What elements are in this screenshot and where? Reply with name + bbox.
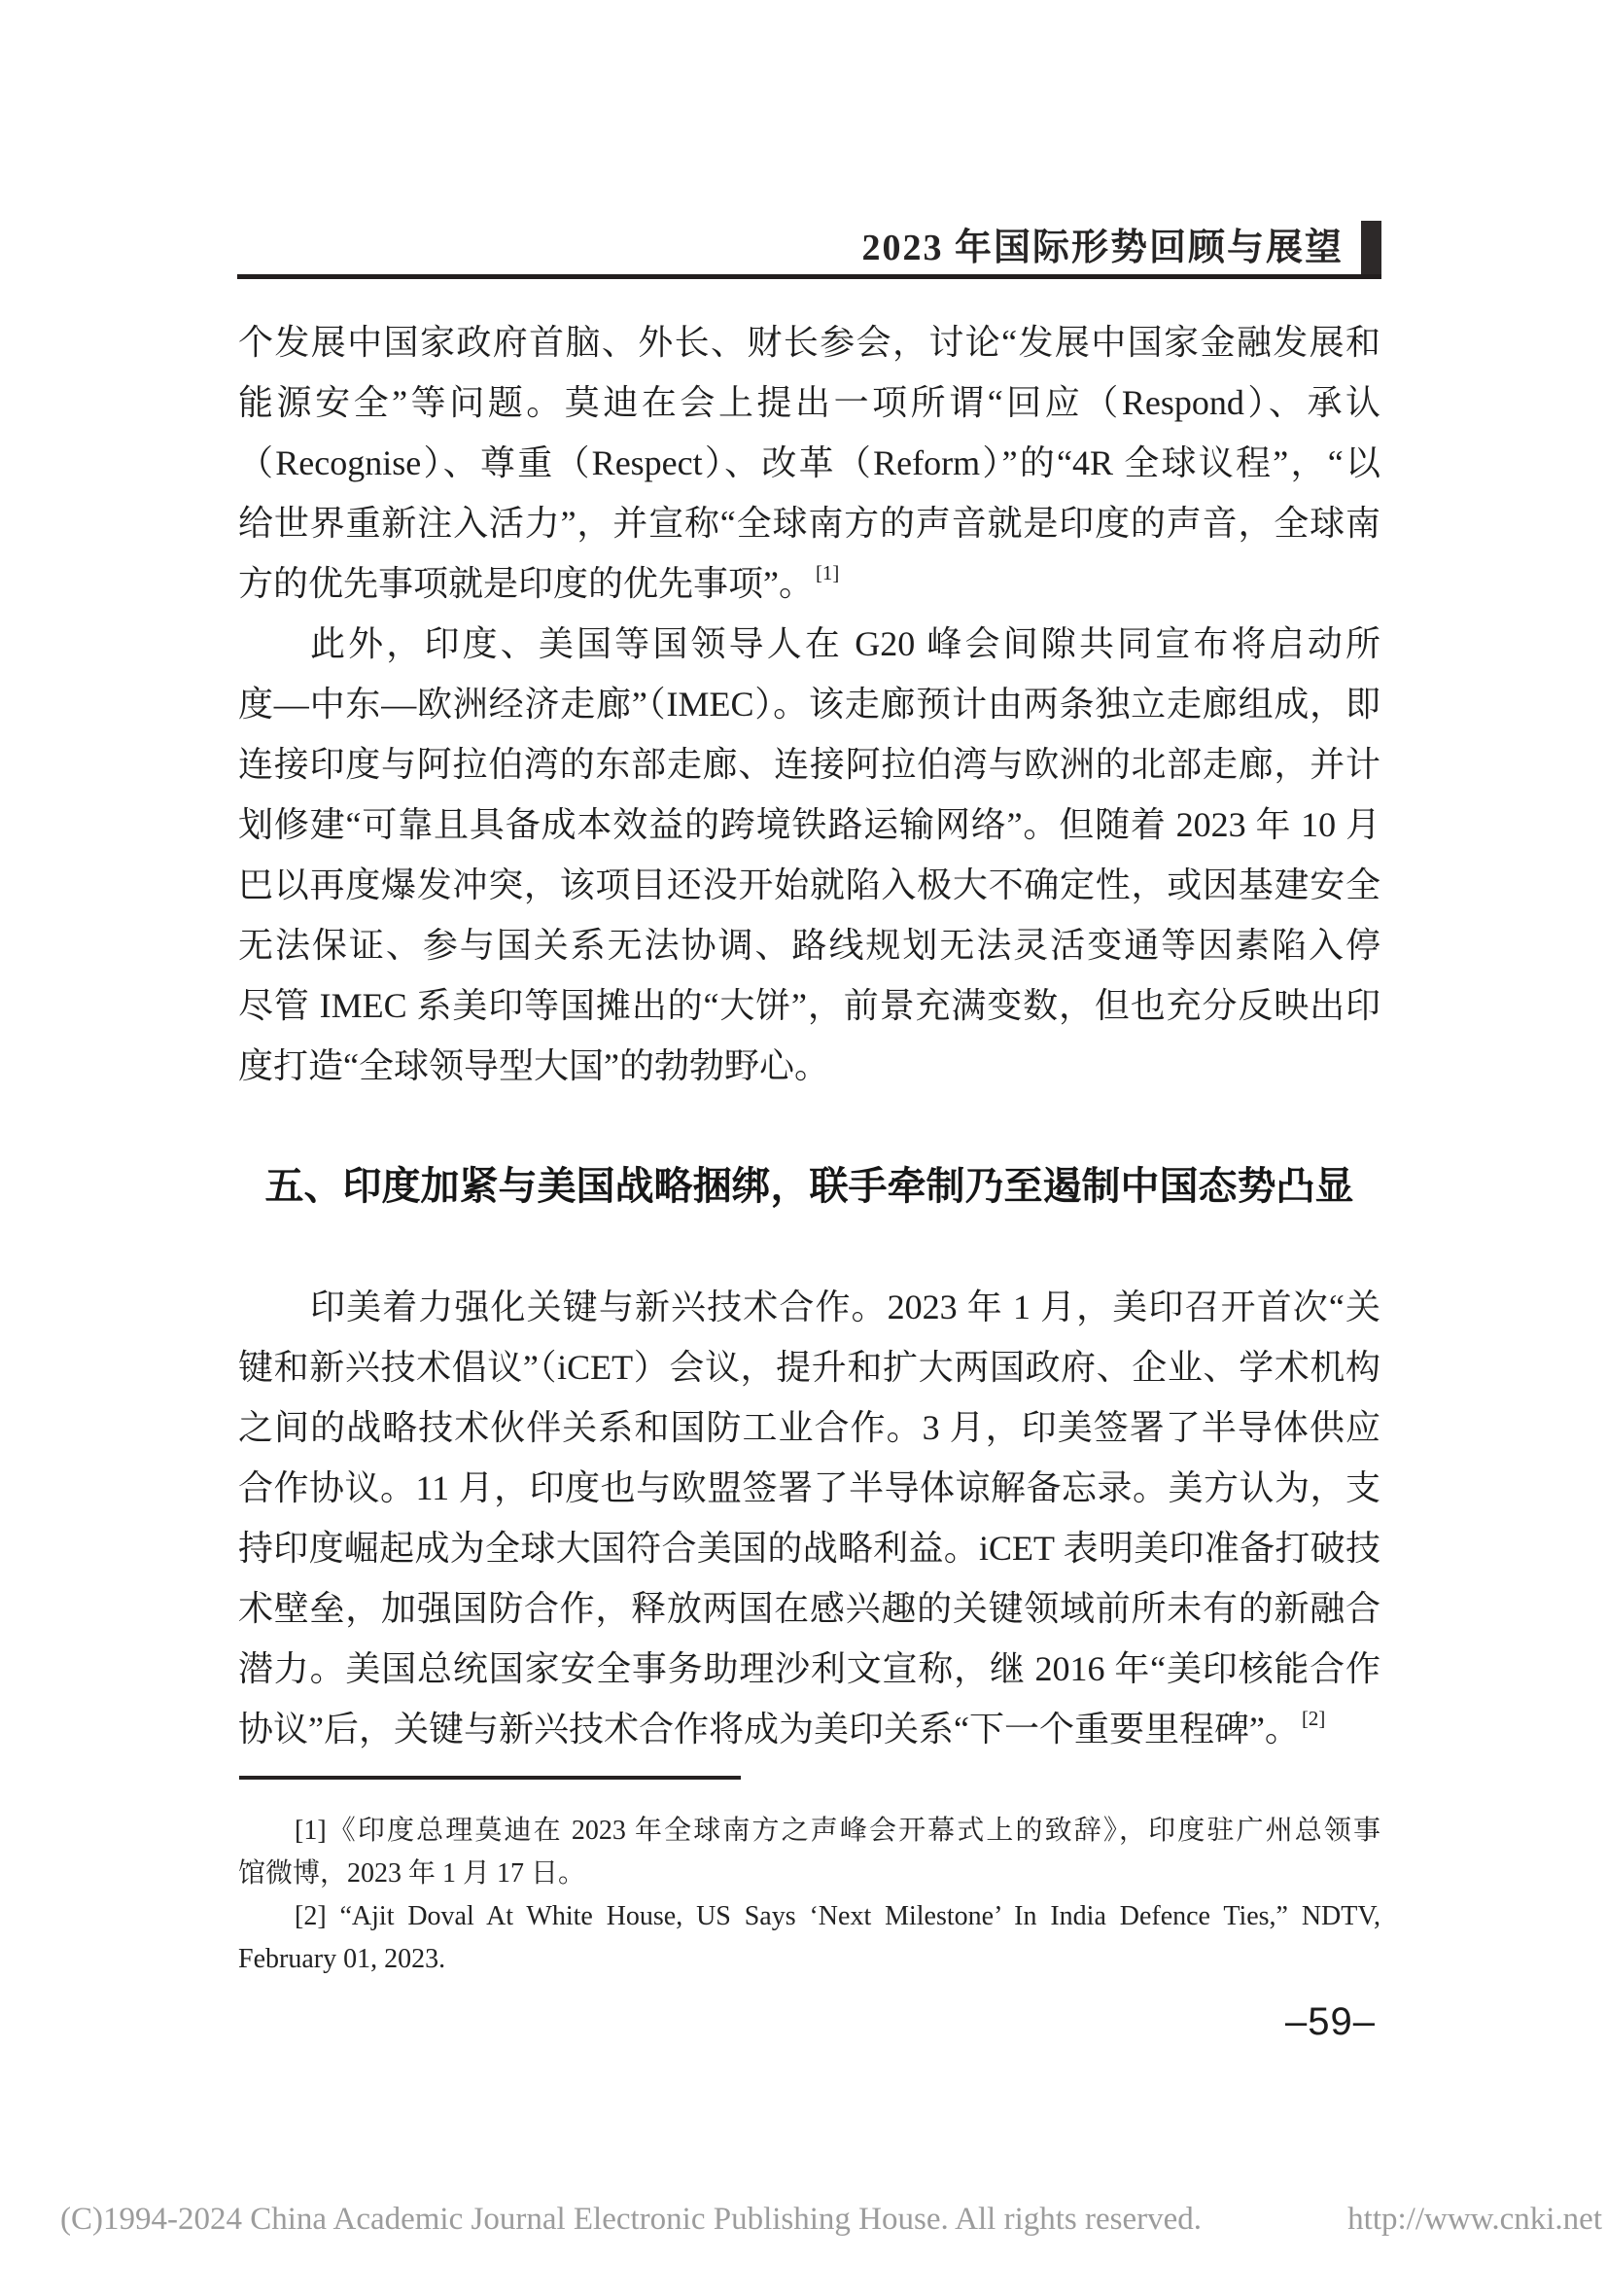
text-line: 连接印度与阿拉伯湾的东部走廊、连接阿拉伯湾与欧洲的北部走廊，并计 <box>238 734 1380 795</box>
footnote-ref: [2] <box>1300 1707 1325 1730</box>
cnki-url: http://www.cnki.net <box>1347 2202 1602 2238</box>
footnote: [2] “Ajit Doval At White House, US Says … <box>238 1895 1380 1981</box>
article-body: 个发展中国家政府首脑、外长、财长参会，讨论“发展中国家金融发展和能源安全”等问题… <box>238 312 1380 1759</box>
text-line: 度—中东—欧洲经济走廊”（IMEC）。该走廊预计由两条独立走廊组成，即 <box>238 674 1380 734</box>
copyright-text: (C)1994-2024 China Academic Journal Elec… <box>60 2202 1202 2238</box>
text-line: 潜力。美国总统国家安全事务助理沙利文宣称，继 2016 年“美印核能合作 <box>238 1639 1380 1699</box>
text-line: 馆微博，2023 年 1 月 17 日。 <box>238 1853 1380 1895</box>
text-line: 此外，印度、美国等国领导人在 G20 峰会间隙共同宣布将启动所谓“印 <box>238 614 1380 674</box>
journal-page: 2023 年国际形势回顾与展望 个发展中国家政府首脑、外长、财长参会，讨论“发展… <box>0 0 1607 2296</box>
page-number: –59– <box>1285 2000 1376 2043</box>
text-line: February 01, 2023. <box>238 1938 1380 1981</box>
text-line: 无法保证、参与国关系无法协调、路线规划无法灵活变通等因素陷入停滞。 <box>238 915 1380 975</box>
text-line: 能源安全”等问题。莫迪在会上提出一项所谓“回应（Respond）、承认 <box>238 372 1380 433</box>
text-line: （Recognise）、尊重（Respect）、改革（Reform）”的“4R … <box>238 433 1380 493</box>
text-line: 个发展中国家政府首脑、外长、财长参会，讨论“发展中国家金融发展和 <box>238 312 1380 372</box>
running-header-title: 2023 年国际形势回顾与展望 <box>861 223 1344 273</box>
text-line: [1]《印度总理莫迪在 2023 年全球南方之声峰会开幕式上的致辞》，印度驻广州… <box>238 1810 1380 1853</box>
footnote: [1]《印度总理莫迪在 2023 年全球南方之声峰会开幕式上的致辞》，印度驻广州… <box>238 1810 1380 1895</box>
footnotes: [1]《印度总理莫迪在 2023 年全球南方之声峰会开幕式上的致辞》，印度驻广州… <box>238 1810 1380 1981</box>
text-line: 尽管 IMEC 系美印等国摊出的“大饼”，前景充满变数，但也充分反映出印 <box>238 975 1380 1036</box>
text-line: 术壁垒，加强国防合作，释放两国在感兴趣的关键领域前所未有的新融合 <box>238 1578 1380 1639</box>
text-line: 之间的战略技术伙伴关系和国防工业合作。3 月，印美签署了半导体供应链 <box>238 1397 1380 1458</box>
text-line: 给世界重新注入活力”，并宣称“全球南方的声音就是印度的声音，全球南 <box>238 493 1380 553</box>
text-line: 印美着力强化关键与新兴技术合作。2023 年 1 月，美印召开首次“关 <box>238 1277 1380 1337</box>
text-line: 持印度崛起成为全球大国符合美国的战略利益。iCET 表明美印准备打破技 <box>238 1518 1380 1578</box>
text-line: 巴以再度爆发冲突，该项目还没开始就陷入极大不确定性，或因基建安全 <box>238 855 1380 915</box>
header-rule <box>237 274 1381 279</box>
body-paragraph: 印美着力强化关键与新兴技术合作。2023 年 1 月，美印召开首次“关键和新兴技… <box>238 1277 1380 1759</box>
text-line: 合作协议。11 月，印度也与欧盟签署了半导体谅解备忘录。美方认为，支 <box>238 1458 1380 1518</box>
section-heading: 五、印度加紧与美国战略捆绑，联手牵制乃至遏制中国态势凸显 <box>238 1156 1380 1217</box>
cnki-watermark: (C)1994-2024 China Academic Journal Elec… <box>60 2202 1602 2238</box>
text-line: 协议”后，关键与新兴技术合作将成为美印关系“下一个重要里程碑”。[2] <box>238 1699 1380 1759</box>
text-line: 键和新兴技术倡议”（iCET）会议，提升和扩大两国政府、企业、学术机构 <box>238 1337 1380 1397</box>
text-line: [2] “Ajit Doval At White House, US Says … <box>238 1895 1380 1938</box>
footnote-ref: [1] <box>814 561 839 584</box>
footnote-separator <box>239 1776 741 1780</box>
text-line: 方的优先事项就是印度的优先事项”。[1] <box>238 553 1380 614</box>
header-accent-block <box>1361 221 1381 278</box>
text-line: 度打造“全球领导型大国”的勃勃野心。 <box>238 1036 1380 1096</box>
text-line: 划修建“可靠且具备成本效益的跨境铁路运输网络”。但随着 2023 年 10 月 <box>238 795 1380 855</box>
body-paragraph: 个发展中国家政府首脑、外长、财长参会，讨论“发展中国家金融发展和能源安全”等问题… <box>238 312 1380 614</box>
body-paragraph: 此外，印度、美国等国领导人在 G20 峰会间隙共同宣布将启动所谓“印度—中东—欧… <box>238 614 1380 1096</box>
